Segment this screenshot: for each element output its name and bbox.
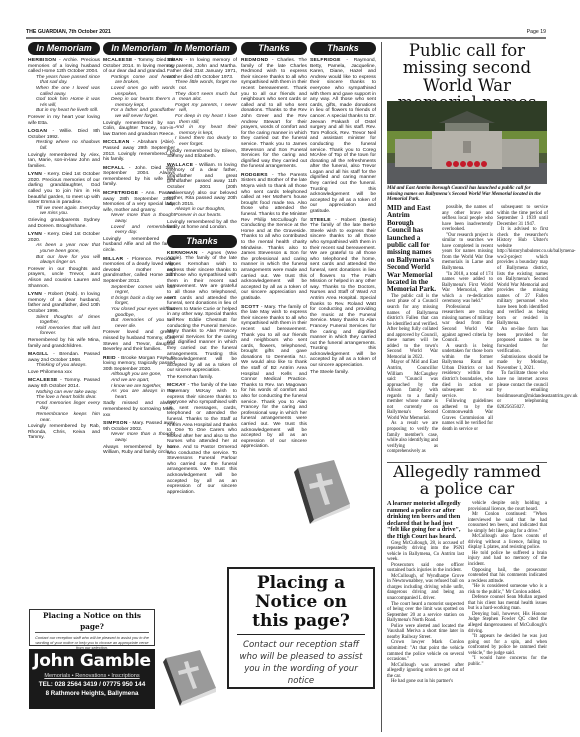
photo-caption: Mid and East Antrim Borough Council has … <box>387 186 547 203</box>
notice-verse: Partings come and hearts are broken,Love… <box>103 75 175 120</box>
notice-signoff: Forever loved and greatly missed by husb… <box>103 330 175 352</box>
notice-signoff: Lovingly remembered by all the family at… <box>167 220 237 231</box>
notice-surname: HERBISON <box>28 58 56 63</box>
notice-verse: Till we meet again. Everyday we miss you… <box>28 206 100 217</box>
notice-surname: LYNN <box>28 232 42 237</box>
placing-notice-title: Placing a Notice on this page? <box>35 610 149 633</box>
article-paragraph: It is advised to first check the researc… <box>497 227 548 327</box>
notice-surname: MCCLEAN <box>103 140 130 145</box>
notice-entry: REID - Brooke Morgan Faye. In loving mem… <box>103 356 175 419</box>
article-paragraph: Mr Conlon continued: "When interviewed h… <box>468 512 547 534</box>
notice-surname: MCKAY <box>167 383 186 388</box>
notice-signoff: Lovingly remembered by Alex, Ian, Marie,… <box>28 153 100 170</box>
notice-verse: Thinking of you always. <box>28 363 100 369</box>
notice-entry: MAGILL - Brendan. Passed away 2nd Octobe… <box>28 352 100 375</box>
notice-surname: WALLACE <box>167 163 193 168</box>
article-paragraph: "I would have concerns for the public." <box>468 656 547 667</box>
column-divider <box>381 42 382 732</box>
notice-signoff: Lovingly remembered by husband Alfie and… <box>103 237 175 254</box>
article-paragraph: Following guidelines adhered to by the C… <box>442 399 493 432</box>
article-paragraph: To facilitate those who have no internet… <box>497 371 548 410</box>
bible-icon <box>160 648 220 706</box>
article-paragraph: He had gone out in his partner's <box>387 679 464 685</box>
notice-entry: REDMOND - Charles. The family of the lat… <box>241 58 307 170</box>
notice-entry: SCOTT - Mary. The family of the late May… <box>241 305 307 450</box>
notice-entry: SELFRIDGE - Raymond, Betty, Pamela, Jacq… <box>310 58 376 215</box>
article1-column-2: possible, the names of any other brave a… <box>442 205 493 432</box>
placing-notice-body: Contact our reception staff who will be … <box>229 635 373 691</box>
notice-verse: As been a year now that you've been gone… <box>28 243 100 265</box>
notice-signoff: Love Philomena xxx <box>28 370 100 376</box>
notice-entry: RODGERS - The Parents Sisters and Brothe… <box>241 173 307 302</box>
memoriam-thanks-column-3: In Memoriam SWAN - In loving memory of m… <box>167 42 237 498</box>
article-paragraph: The public call is the next phase of a C… <box>387 294 438 361</box>
notice-surname: MAGILL <box>28 352 49 357</box>
notice-surname: MCALEESE <box>28 378 58 383</box>
notice-signoff: Forever in my heart your loving wife Ett… <box>28 115 100 126</box>
notice-signoff: Lovingly remembered by Rab, Rhonda, Chri… <box>28 424 100 441</box>
notice-entry: LOGAN - Willie. Died 8th October 1992.Re… <box>28 129 100 169</box>
section-banner-thanks: Thanks <box>310 42 376 55</box>
article1-column-3: subsequent to service within the time pe… <box>497 205 548 410</box>
article-paragraph: A search is being undertaken for those b… <box>442 344 493 399</box>
section-banner-thanks: Thanks <box>167 235 237 248</box>
article-paragraph: Greg McCullough, 28, is accused of repea… <box>387 541 464 563</box>
notice-entry: LYNN - Kerry. Died 1st October 2020.As b… <box>28 232 100 289</box>
article-paragraph: Defence counsel Sean Mullan argued that … <box>468 595 547 612</box>
notice-signoff: Remembered by his wife Mina, family and … <box>28 338 100 349</box>
article-paragraph: "He is considered someone who is a risk … <box>468 584 547 595</box>
article-headline: Allegedly rammed a police car <box>387 464 547 498</box>
notice-surname: LYNN <box>28 172 42 177</box>
notice-signoff: Lovingly remembered by son Colin, daught… <box>103 121 175 138</box>
notice-verse: Nothing can ever take away.The love a he… <box>28 390 100 424</box>
header-rule <box>26 37 546 39</box>
notice-verse: September comes with sad regret,It bring… <box>103 285 175 330</box>
article-paragraph: Professional researchers are tracing mis… <box>442 305 493 344</box>
article-paragraph: "Our research project is similar to sear… <box>442 233 493 272</box>
notice-text: - The Parents Sisters and Brother of the… <box>241 173 307 301</box>
advert-address: 8 Rathmore Heights, Ballymena <box>29 689 155 698</box>
notice-surname: MCFETRIDGE <box>103 191 138 196</box>
article1-column-1: MID and East Antrim Borough Council has … <box>387 205 438 455</box>
article-paragraph: subsequent to service within the time pe… <box>497 205 548 227</box>
section-banner-memoriam: In Memoriam <box>103 42 175 55</box>
notice-signoff: Always remembered by son William, Ruby a… <box>103 445 175 456</box>
article-paragraph: Police were alerted and located the Vaux… <box>387 624 464 641</box>
thanks-column-5: Thanks SELFRIDGE - Raymond, Betty, Pamel… <box>310 42 376 378</box>
article-paragraph: An on-line form has been provided for pr… <box>497 327 548 355</box>
notice-signoff: Grieving grandparents Sydney and Doreen.… <box>28 218 100 229</box>
article-paragraph: Mayor of Mid and East Antrim, Councillor… <box>387 360 438 421</box>
notice-surname: SELFRIDGE <box>310 58 341 63</box>
notice-text: - Charles. The family of the late Charle… <box>241 58 307 169</box>
war-memorial-photo <box>387 101 547 184</box>
thanks-column-4: Thanks REDMOND - Charles. The family of … <box>241 42 307 453</box>
notice-entry: MCFETRIDGE - Ann. Passed away 28th Septe… <box>103 191 175 254</box>
notice-entry: MCALEESE - Tommy. Died 6th October 2014.… <box>103 58 175 137</box>
article-paragraph: McCullough was arrested after allegedly … <box>387 663 464 680</box>
article-paragraph: "In 2018, a total of 174 names were adde… <box>442 272 493 305</box>
bible-icon <box>290 458 354 524</box>
notice-verse: Always in our thoughts,Forever in our he… <box>167 207 237 218</box>
article-paragraph: possible, the names of any other brave a… <box>442 205 493 233</box>
article2-column-1: A learner motorist allegedly rammed a po… <box>387 501 464 685</box>
notice-entry: LYNN - Robert (Rab). In loving memory of… <box>28 292 100 349</box>
article-paragraph: Submissions should be made by Monday, No… <box>497 355 548 372</box>
article-paragraph: As a result we are proposing to verify t… <box>387 421 438 454</box>
notice-entry: MCCLEAN - Abraham (Abie). Passed away 29… <box>103 140 175 162</box>
notice-surname: SIMPSON <box>103 421 128 426</box>
notice-surname: LOGAN <box>28 129 47 134</box>
section-banner-memoriam: In Memoriam <box>28 42 100 55</box>
article-paragraph: McCullough, of Wyndharpe Grove in Newtow… <box>387 574 464 602</box>
notice-verse: Three little words, forget me not.They d… <box>167 80 237 147</box>
notice-verse: Never more than a thought away. <box>103 432 175 443</box>
notice-entry: MCALEESE - Tommy. Passed away 6th Octobe… <box>28 378 100 441</box>
article-paragraph: "It appears he decided he was just going… <box>468 634 547 656</box>
notice-entry: HERBISON - Archie. Precious memories of … <box>28 58 100 126</box>
notice-surname: REDMOND <box>241 58 268 63</box>
notice-surname: STEELE <box>310 218 331 223</box>
notice-signoff: The Kernohan family. <box>167 375 237 381</box>
article-paragraph: Crown lawyer Mark Conlon submitted: "At … <box>387 640 464 662</box>
notice-signoff: The Steele family. <box>310 370 376 376</box>
notice-text: - Robert (Bertie) The family of the late… <box>310 218 376 368</box>
notice-text: - The family of the late Rosemary McKay … <box>167 383 237 494</box>
section-banner-thanks: Thanks <box>241 42 307 55</box>
notice-text: - Mary. The family of the late May wish … <box>241 305 307 450</box>
notice-verse: Although you are gone,And we are apart,I… <box>103 372 175 400</box>
notice-surname: LYNN <box>28 292 42 297</box>
article-lead: MID and East Antrim Borough Council has … <box>387 205 438 294</box>
notice-surname: SWAN <box>167 58 183 63</box>
article-police-car: Allegedly rammed a police car <box>387 464 547 498</box>
notice-signoff: Sadly missed and always remembered by so… <box>103 401 175 418</box>
notice-surname: REID <box>103 356 116 361</box>
placing-notice-box-large: Placing a Notice on this page? Contact o… <box>227 567 375 689</box>
notice-verse: Silent thoughts of times together,Hold m… <box>28 315 100 337</box>
article2-column-2: vehicle despite only holding a provision… <box>468 501 547 667</box>
advert-services: Memorials • Renovations • Inscriptions <box>29 672 155 680</box>
notice-verse: Never more than a thought away.Loved and… <box>103 213 175 235</box>
notice-verse: Resting where no shadows fall. <box>28 140 100 151</box>
notice-surname: MILLAR <box>103 257 123 262</box>
advert-business-name: John Gamble <box>29 649 155 672</box>
notice-verse: The years have passed since that sad day… <box>28 75 100 114</box>
section-banner-memoriam: In Memoriam <box>167 42 237 55</box>
placing-notice-box-small: Placing a Notice on this page? Contact o… <box>29 609 155 646</box>
placing-notice-title: Placing a Notice on this page? <box>237 569 365 635</box>
notice-entry: KERNOHAN - Agnes (Wee Aggie). The family… <box>167 251 237 381</box>
article-paragraph: The court heard a motorist suspected of … <box>387 602 464 624</box>
notice-entry: SWAN - In loving memory of my parents, J… <box>167 58 237 160</box>
notice-signoff: Forever in our thoughts and prayers, unc… <box>28 267 100 289</box>
notice-surname: MCALEESE <box>103 58 133 63</box>
notice-text: - William. In loving memory of a dear fa… <box>167 163 237 207</box>
notice-entry: MCFALL - John. Died 28th September 2004.… <box>103 166 175 188</box>
notice-signoff: Fondly remembered by Eileen, Sammy and E… <box>167 149 237 160</box>
john-gamble-advert: John Gamble Memorials • Renovations • In… <box>29 649 155 709</box>
notice-entry: STEELE - Robert (Bertie) The family of t… <box>310 218 376 376</box>
notice-entry: LYNN - Kerry. Died 1st October 2020. Pre… <box>28 172 100 229</box>
notice-entry: WALLACE - William. In loving memory of a… <box>167 163 237 231</box>
notice-entry: MCKAY - The family of the late Rosemary … <box>167 383 237 495</box>
article-lead: A learner motorist allegedly rammed a po… <box>387 501 464 541</box>
notice-surname: MCFALL <box>103 166 125 171</box>
advert-telephone: TEL: 028 2564 3419 / 07775 950 144 <box>29 680 155 689</box>
article-paragraph: McCullough also faces counts of driving … <box>468 534 547 551</box>
notice-text: - Agnes (Wee Aggie). The family of the l… <box>167 251 237 373</box>
memoriam-column-2: In Memoriam MCALEESE - Tommy. Died 6th O… <box>103 42 175 459</box>
notice-text: - Kerry. Died 1st October 2020. Precious… <box>28 172 100 205</box>
article-paragraph: He told police he suffered a brain injur… <box>468 551 547 568</box>
notice-entry: MILLAR - Florence. Precious memories of … <box>103 257 175 353</box>
notice-entry: SIMPSON - Mary. Passed away 9th October … <box>103 421 175 456</box>
article-paragraph: Prosecutors said one officer sustained b… <box>387 563 464 574</box>
notice-surname: SCOTT <box>241 305 259 310</box>
article-paragraph: Denying bail, however, His Honour Judge … <box>468 612 547 634</box>
article-paragraph: vehicle despite only holding a provision… <box>468 501 547 512</box>
memoriam-column-1: In Memoriam HERBISON - Archie. Precious … <box>28 42 100 444</box>
notice-text: - Raymond, Betty, Pamela, Jacqueline, Ka… <box>310 58 376 214</box>
article-paragraph: Opposing bail, the prosecutor contended … <box>468 568 547 585</box>
